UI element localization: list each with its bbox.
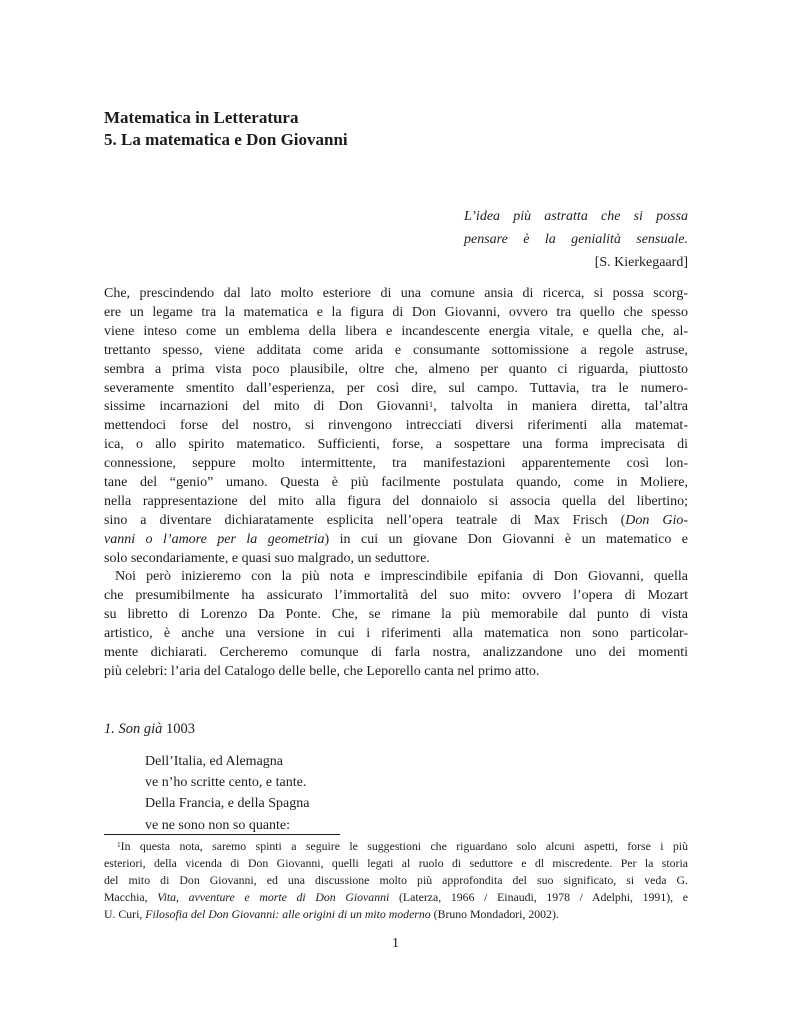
text-line: Noi però inizieremo con la più nota e im… [104, 568, 688, 587]
text-line: pensare è la genialità sensuale. [464, 229, 688, 252]
footnote-rule [104, 834, 340, 835]
title-line-2: 5. La matematica e Don Giovanni [104, 129, 688, 151]
text-line: U. Curi, Filosofia del Don Giovanni: all… [104, 906, 688, 923]
text-line: Macchia, Vita, avventure e morte di Don … [104, 889, 688, 906]
paragraph-1: Che, prescindendo dal lato molto esterio… [104, 285, 688, 569]
text-line: solo secondariamente, e quasi suo malgra… [104, 550, 688, 569]
text-line: del mito di Don Giovanni, ed una discuss… [104, 872, 688, 889]
paragraph-2: Noi però inizieremo con la più nota e im… [104, 568, 688, 681]
text-line: vanni o l’amore per la geometria) in cui… [104, 531, 688, 550]
document-page: Matematica in Letteratura 5. La matemati… [0, 0, 791, 1024]
text-line: ere un legame tra la matematica e la fig… [104, 304, 688, 323]
text-line: che presumibilmente ha assicurato l’immo… [104, 587, 688, 606]
section-heading: 1. Son già 1003 [104, 721, 688, 738]
epigraph-attribution: [S. Kierkegaard] [464, 252, 688, 275]
text-line: 1In questa nota, saremo spinti a seguire… [104, 838, 688, 855]
text-line: connessione, seppure molto intermittente… [104, 455, 688, 474]
text-line: mente dichiarati. Cercheremo comunque di… [104, 644, 688, 663]
text-line: Che, prescindendo dal lato molto esterio… [104, 285, 688, 304]
text-line: L’idea più astratta che si possa [464, 206, 688, 229]
text-line: tane del “genio” umano. Questa è più fac… [104, 474, 688, 493]
text-line: trettanto spesso, viene additata come ar… [104, 342, 688, 361]
text-line: sissime incarnazioni del mito di Don Gio… [104, 398, 688, 417]
verse-quote: Dell’Italia, ed Alemagnave n’ho scritte … [104, 751, 688, 836]
text-line: artistico, è anche una versione in cui i… [104, 625, 688, 644]
text-line: sino a diventare dichiaratamente esplici… [104, 512, 688, 531]
text-line: ica, o allo spirito matematico. Sufficie… [104, 436, 688, 455]
text-line: sembra a prima vista poco plausibile, ol… [104, 361, 688, 380]
text-line: severamente smentito dall’esperienza, pe… [104, 380, 688, 399]
article-title: Matematica in Letteratura 5. La matemati… [104, 107, 688, 151]
page-number: 1 [0, 936, 791, 952]
text-line: più celebri: l’aria del Catalogo delle b… [104, 663, 688, 682]
text-line: ve ne sono non so quante: [145, 815, 688, 836]
text-line: su libretto di Lorenzo Da Ponte. Che, se… [104, 606, 688, 625]
text-line: mettendoci forse del nostro, si rinvengo… [104, 417, 688, 436]
text-line: Dell’Italia, ed Alemagna [145, 751, 688, 772]
text-line: viene inteso come un emblema della liber… [104, 323, 688, 342]
title-line-1: Matematica in Letteratura [104, 107, 688, 129]
footnote: 1In questa nota, saremo spinti a seguire… [104, 838, 688, 923]
epigraph-quote: L’idea più astratta che si possapensare … [464, 206, 688, 252]
text-line: nella rappresentazione del mito alla fig… [104, 493, 688, 512]
text-line: Della Francia, e della Spagna [145, 793, 688, 814]
text-line: esteriori, della vicenda di Don Giovanni… [104, 855, 688, 872]
text-line: ve n’ho scritte cento, e tante. [145, 772, 688, 793]
epigraph: L’idea più astratta che si possapensare … [464, 206, 688, 274]
